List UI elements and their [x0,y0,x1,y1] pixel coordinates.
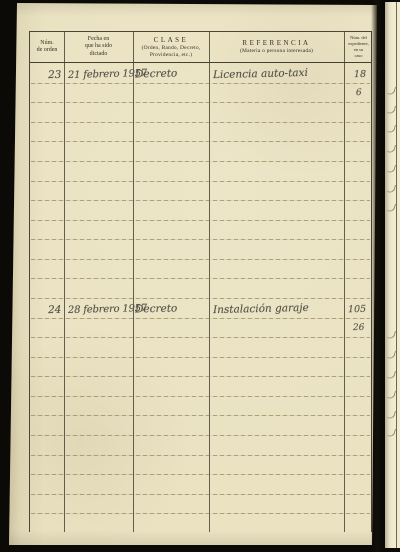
handwriting-fragment [387,183,396,193]
entry-num: 24 [30,304,64,318]
ruled-line [31,200,370,201]
column-divider [209,32,210,532]
handwriting-fragment [387,163,396,173]
entry-fecha: 28 febrero 1957 [64,304,133,318]
ruled-line [31,141,370,142]
header-referencia-title: REFERENCIA [242,39,310,48]
header-clase-subtitle: (Orden, Bando, Decreto, Providencia, etc… [142,45,201,59]
ruled-line [31,494,370,495]
decree-register-table: Núm. de orden Fecha en que ha sido dicta… [29,31,372,532]
ruled-line [31,415,370,416]
ruled-line [31,455,370,456]
header-clase: CLASE (Orden, Bando, Decreto, Providenci… [133,32,209,62]
entry-expediente: 105 [344,304,373,318]
ruled-line [31,513,370,514]
ruled-line [31,220,370,221]
ruled-line [31,278,370,279]
entry-referencia: Licencia auto-taxi [209,68,344,83]
column-divider [133,32,134,532]
entry-clase: Decreto [133,68,209,83]
ledger-page: Núm. de orden Fecha en que ha sido dicta… [0,0,400,552]
handwriting-fragment [387,409,396,419]
handwriting-fragment [387,349,396,359]
ruled-line [31,181,370,182]
next-page-table-line [396,2,397,548]
ruled-line [31,102,370,103]
scanned-register-screenshot: Núm. de orden Fecha en que ha sido dicta… [0,0,400,552]
next-page-edge [385,2,400,548]
table-header-row: Núm. de orden Fecha en que ha sido dicta… [30,32,371,63]
handwriting-fragment [387,389,396,399]
ruled-line [31,435,370,436]
entry-expediente-second-number: 26 [344,318,373,338]
header-referencia: REFERENCIA (Materia o persona interesada… [209,32,344,62]
handwriting-fragment [387,143,396,153]
ruled-line [31,474,370,475]
ruled-line [31,122,370,123]
ruled-line [31,239,370,240]
handwriting-fragment [387,104,396,114]
entry-fecha: 21 febrero 1957 [64,69,133,83]
ruled-line [31,396,370,397]
entry-expediente: 18 [344,69,373,83]
ruled-line [31,357,370,358]
ruled-line [31,376,370,377]
ruled-line [31,161,370,162]
entry-referencia: Instalación garaje [209,303,344,318]
table-row: 24 28 febrero 1957 Decreto Instalación g… [30,298,373,318]
header-clase-title: CLASE [154,36,189,45]
entry-clase: Decreto [133,303,209,318]
column-divider [64,32,65,532]
handwriting-fragment [387,369,396,379]
ruled-line [31,259,370,260]
table-row: 23 21 febrero 1957 Decreto Licencia auto… [30,63,373,83]
ruled-line [31,337,370,338]
handwriting-fragment [387,85,396,95]
header-fecha: Fecha en que ha sido dictado [64,32,133,62]
entry-expediente-second-number: 6 [344,83,373,103]
handwriting-fragment [387,202,396,212]
header-num-expediente: Núm. del expediente, en su caso [344,32,373,62]
handwriting-fragment [387,427,396,437]
handwriting-fragment [387,329,396,339]
column-divider [344,32,345,532]
entry-num: 23 [30,69,64,83]
handwriting-fragment [387,123,396,133]
header-num-orden: Núm. de orden [30,32,64,62]
header-referencia-subtitle: (Materia o persona interesada) [240,48,313,55]
